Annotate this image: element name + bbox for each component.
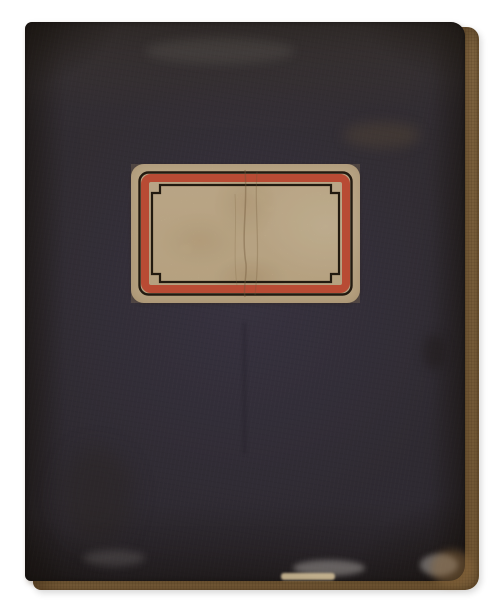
blank-title-label — [131, 164, 360, 303]
stain-mark — [343, 122, 421, 148]
notebook — [25, 22, 479, 590]
stain-mark — [59, 448, 133, 544]
scuff-mark — [293, 560, 365, 576]
label-text — [161, 192, 330, 275]
scuff-mark — [420, 554, 458, 576]
notebook-cover — [25, 22, 465, 581]
scuff-mark — [145, 38, 295, 64]
stain-mark — [423, 334, 445, 370]
worn-edge-chip — [281, 573, 335, 580]
crease-line — [243, 322, 246, 454]
scuff-mark — [83, 550, 145, 566]
photo-canvas — [0, 0, 494, 612]
